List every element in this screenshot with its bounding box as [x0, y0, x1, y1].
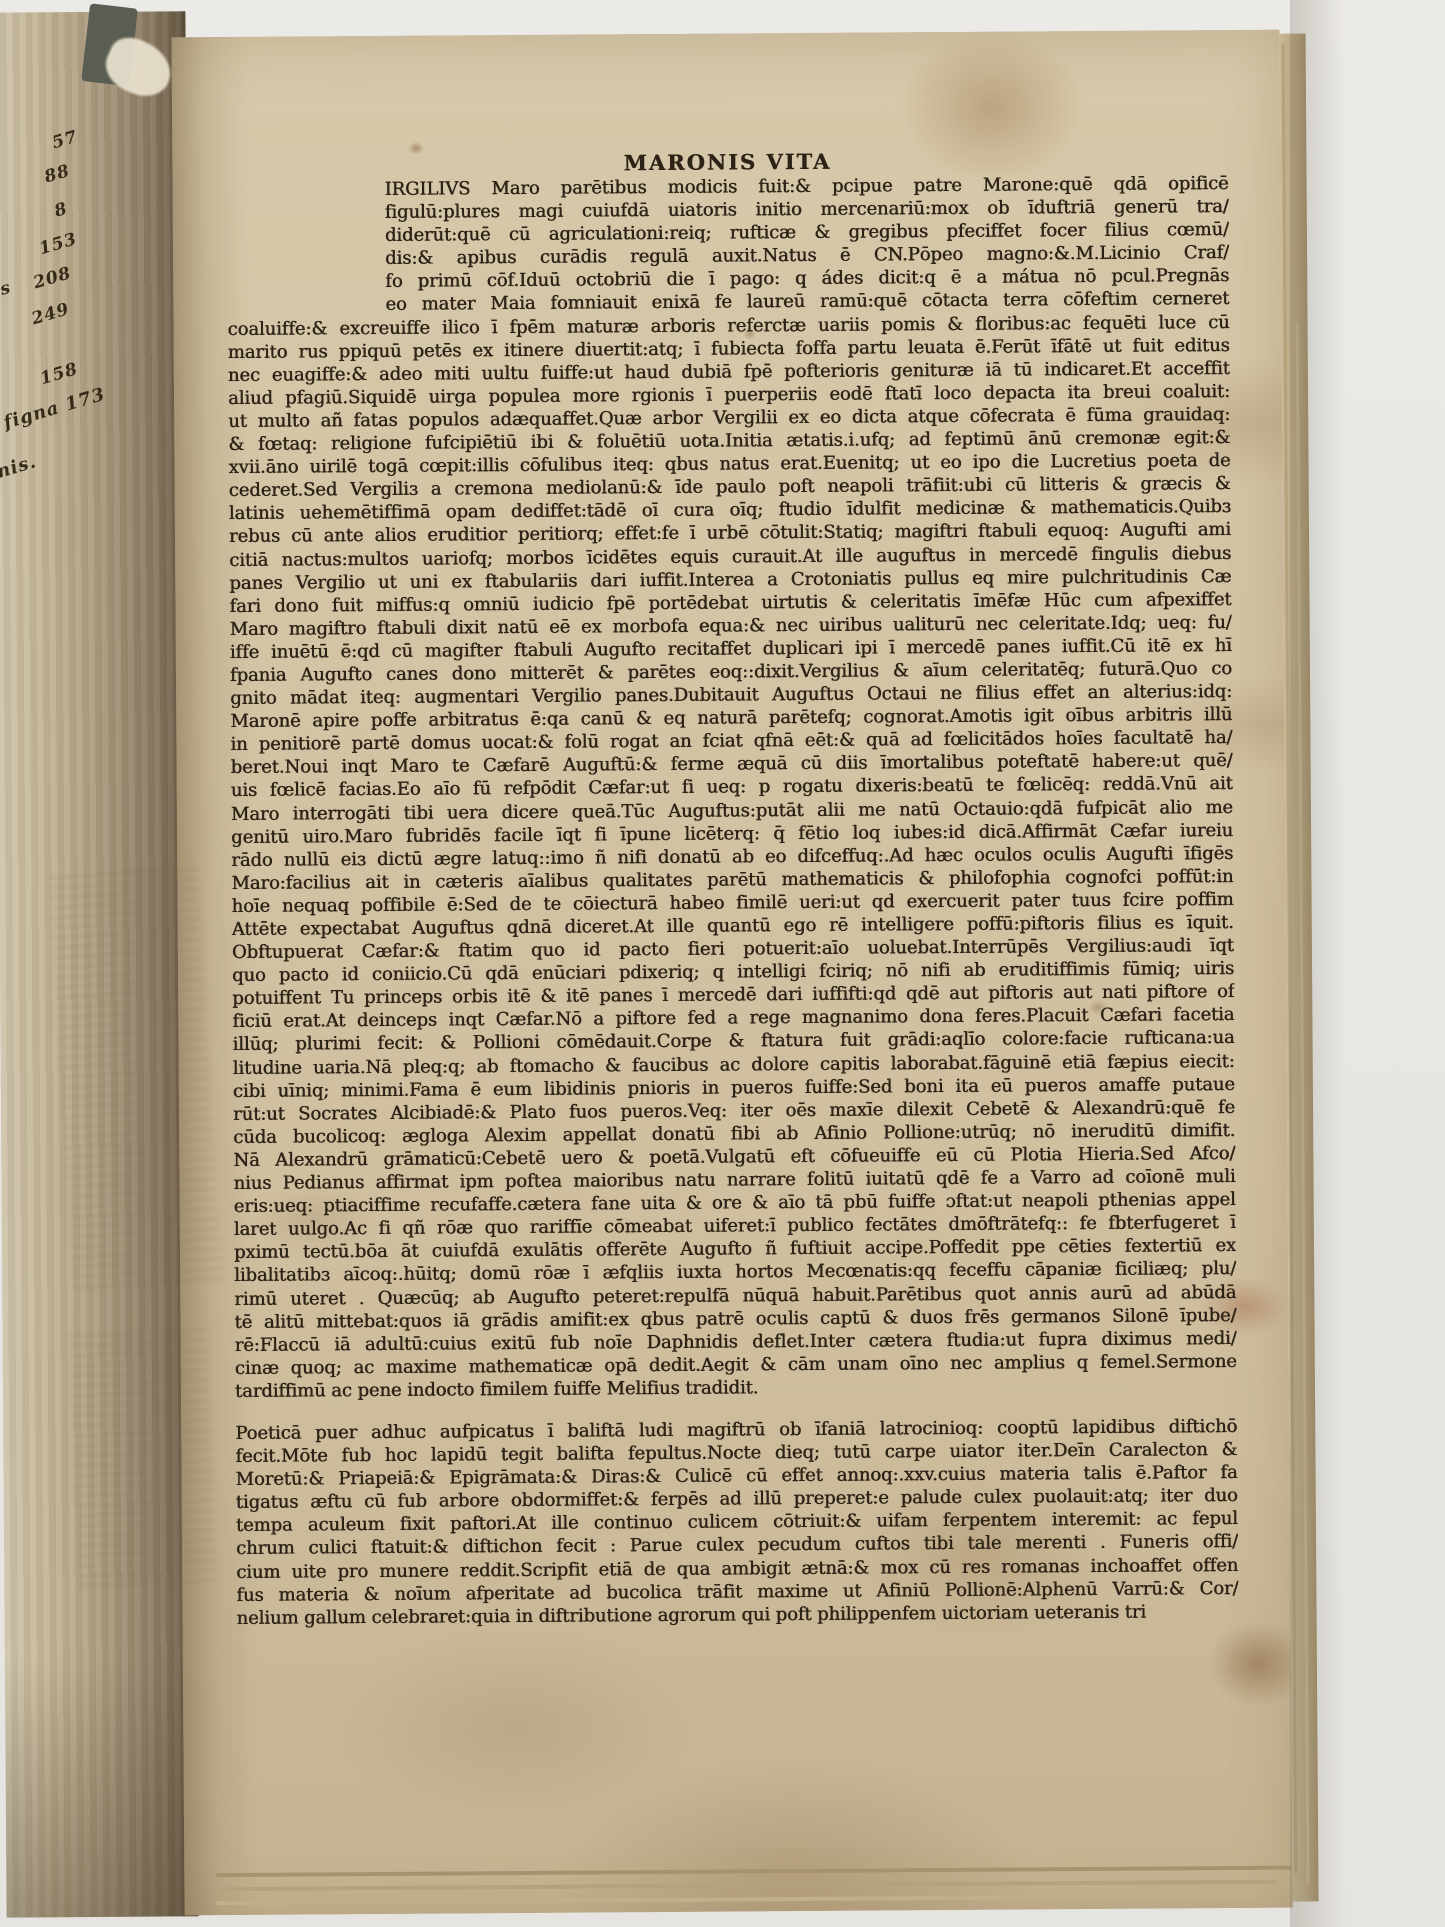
printed-text-block: MARONIS VITA IRGILIVS Maro parētibus mod… — [226, 145, 1238, 1630]
ink-bleed-through — [68, 1329, 219, 1595]
book: 57888153208249158ussfigna 173nis. MARONI… — [0, 3, 1325, 1920]
paragraph-1-indented-lines: IRGILIVS Maro parētibus modicis fuit:& p… — [385, 172, 1230, 316]
paragraph-1-lines: coaluiffe:& excreuiffe ilico ī fpēm matu… — [227, 311, 1237, 1403]
ink-bleed-through — [49, 868, 224, 1296]
photo-of-open-book: 57888153208249158ussfigna 173nis. MARONI… — [0, 0, 1445, 1927]
initial-letter-space — [227, 205, 378, 344]
facing-page-fragments: 57888153208249158ussfigna 173nis. — [0, 3, 1311, 12]
paragraph-1: IRGILIVS Maro parētibus modicis fuit:& p… — [227, 172, 1238, 1403]
paragraph-2-lines: Poeticā puer adhuc aufpicatus ī baliftā … — [235, 1415, 1238, 1630]
